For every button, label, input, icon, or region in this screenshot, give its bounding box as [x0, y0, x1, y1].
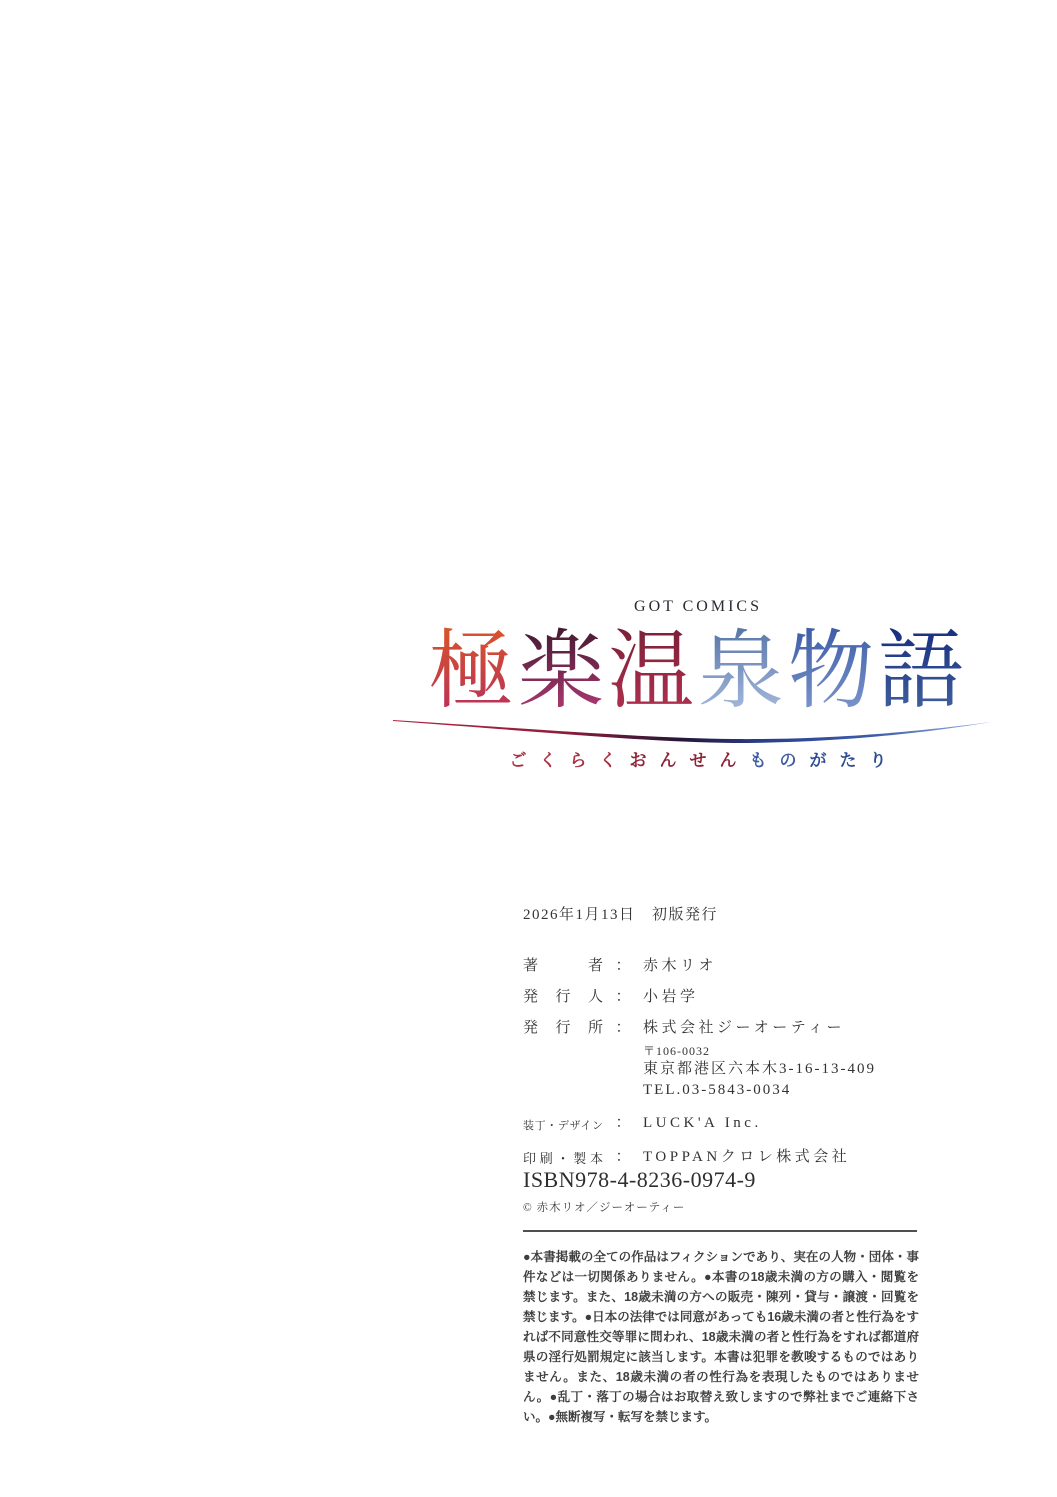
imprint-label: GOT COMICS	[368, 598, 1028, 616]
furigana-char: せ	[690, 746, 707, 771]
furigana-char: り	[870, 746, 887, 771]
colophon-row: 著者：赤木リオ	[523, 957, 943, 975]
title-char: 極	[428, 622, 518, 721]
furigana-char: ら	[570, 746, 587, 771]
colophon-row-value-wrap: 赤木リオ	[643, 957, 717, 975]
colophon-row-label: 著者	[523, 957, 603, 975]
colophon-row-separator: ：	[603, 957, 643, 975]
title-furigana: ごくらくおんせんものがたり	[368, 746, 1028, 771]
colophon-row-value-wrap: 小岩学	[643, 988, 699, 1006]
phone-number: TEL.03-5843-0034	[643, 1080, 876, 1101]
isbn-number: ISBN978-4-8236-0974-9	[523, 1167, 756, 1193]
colophon-row-value-wrap: LUCK'A Inc.	[643, 1114, 762, 1132]
furigana-char: の	[780, 746, 797, 771]
colophon-block: 2026年1月13日 初版発行 著者：赤木リオ発行人：小岩学発行所：株式会社ジー…	[523, 903, 943, 1181]
title-char: 泉	[698, 622, 788, 721]
title-underline-swoosh	[393, 712, 993, 748]
publication-date: 2026年1月13日 初版発行	[523, 903, 943, 924]
colophon-row: 装丁・デザイン：LUCK'A Inc.	[523, 1114, 943, 1135]
legal-notice: ●本書掲載の全ての作品はフィクションであり、実在の人物・団体・事件などは一切関係…	[523, 1247, 919, 1427]
title-char: 温	[608, 622, 698, 721]
postal-code: 〒106-0032	[643, 1043, 876, 1059]
copyright-line: © 赤木リオ／ジーオーティー	[523, 1199, 685, 1215]
title-char: 語	[878, 622, 968, 721]
colophon-row-label: 発行所	[523, 1019, 603, 1037]
colophon-row-label: 装丁・デザイン	[523, 1114, 603, 1135]
publisher-address: 〒106-0032東京都港区六本木3-16-13-409TEL.03-5843-…	[643, 1043, 876, 1101]
colophon-row-label: 印刷・製本	[523, 1148, 603, 1168]
furigana-char: く	[540, 746, 557, 771]
colophon-row: 印刷・製本：TOPPANクロレ株式会社	[523, 1148, 943, 1168]
colophon-row-separator: ：	[603, 988, 643, 1006]
furigana-char: く	[600, 746, 617, 771]
title-char: 物	[788, 622, 878, 721]
book-title-logo: 極楽温泉物語	[368, 622, 1028, 721]
colophon-row-value-wrap: 株式会社ジーオーティー〒106-0032東京都港区六本木3-16-13-409T…	[643, 1019, 876, 1101]
furigana-char: が	[810, 746, 827, 771]
colophon-row-separator: ：	[603, 1148, 643, 1166]
colophon-row-value: LUCK'A Inc.	[643, 1115, 762, 1131]
colophon-page: GOT COMICS 極楽温泉物語 ごくらくおんせんものがたり 2026年1月1…	[0, 0, 1057, 1497]
furigana-char: ご	[510, 746, 527, 771]
colophon-row-separator: ：	[603, 1019, 643, 1037]
colophon-row-value: 赤木リオ	[643, 958, 717, 974]
colophon-row-label: 発行人	[523, 988, 603, 1006]
colophon-row-value-wrap: TOPPANクロレ株式会社	[643, 1148, 850, 1166]
colophon-row-value: TOPPANクロレ株式会社	[643, 1149, 850, 1165]
colophon-rows: 著者：赤木リオ発行人：小岩学発行所：株式会社ジーオーティー〒106-0032東京…	[523, 957, 943, 1168]
furigana-char: ん	[720, 746, 737, 771]
colophon-row-value: 小岩学	[643, 989, 699, 1005]
furigana-char: た	[840, 746, 857, 771]
furigana-char: ん	[660, 746, 677, 771]
colophon-row-value: 株式会社ジーオーティー	[643, 1020, 845, 1036]
colophon-row: 発行人：小岩学	[523, 988, 943, 1006]
address-line: 東京都港区六本木3-16-13-409	[643, 1059, 876, 1080]
title-char: 楽	[518, 622, 608, 721]
divider-rule	[523, 1230, 917, 1232]
colophon-row-separator: ：	[603, 1114, 643, 1132]
swoosh-path	[393, 720, 991, 743]
furigana-char: も	[750, 746, 767, 771]
colophon-row: 発行所：株式会社ジーオーティー〒106-0032東京都港区六本木3-16-13-…	[523, 1019, 943, 1101]
furigana-char: お	[630, 746, 647, 771]
